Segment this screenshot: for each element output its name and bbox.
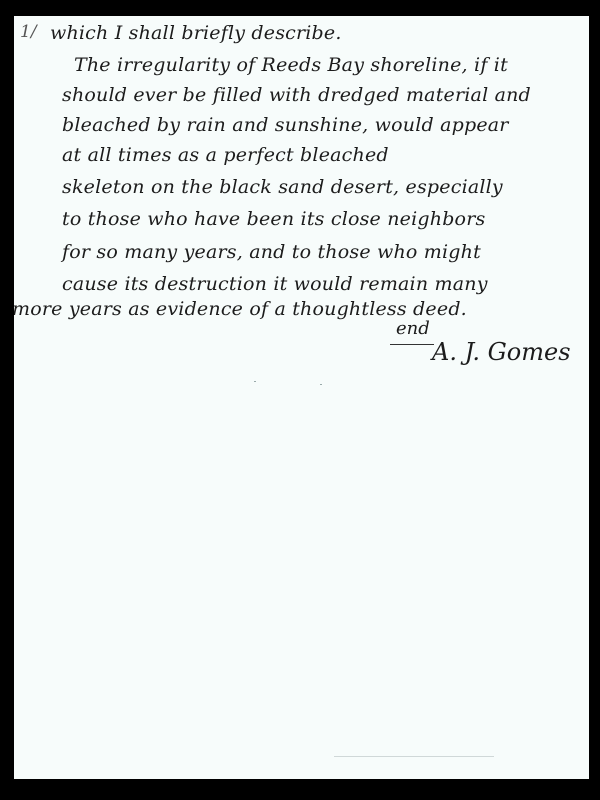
scan-speck bbox=[254, 381, 256, 382]
text-line-2: The irregularity of Reeds Bay shoreline,… bbox=[74, 54, 508, 76]
text-line-4: bleached by rain and sunshine, would app… bbox=[62, 114, 509, 136]
text-line-8: for so many years, and to those who migh… bbox=[62, 241, 481, 263]
margin-mark: 1/ bbox=[20, 22, 37, 42]
text-line-3: should ever be filled with dredged mater… bbox=[62, 84, 531, 106]
text-line-10: more years as evidence of a thoughtless … bbox=[14, 298, 467, 320]
scan-speck bbox=[320, 384, 322, 385]
text-line-7: to those who have been its close neighbo… bbox=[62, 208, 485, 230]
signature: A. J. Gomes bbox=[432, 338, 571, 366]
text-line-1: which I shall briefly describe. bbox=[50, 22, 342, 44]
text-line-9: cause its destruction it would remain ma… bbox=[62, 273, 488, 295]
text-line-5: at all times as a perfect bleached bbox=[62, 144, 389, 166]
closing-underline bbox=[390, 344, 434, 345]
scan-speck bbox=[334, 756, 494, 757]
closing-end: end bbox=[396, 318, 430, 339]
text-line-6: skeleton on the black sand desert, espec… bbox=[62, 176, 503, 198]
document-page: 1/ which I shall briefly describe. The i… bbox=[14, 16, 589, 779]
